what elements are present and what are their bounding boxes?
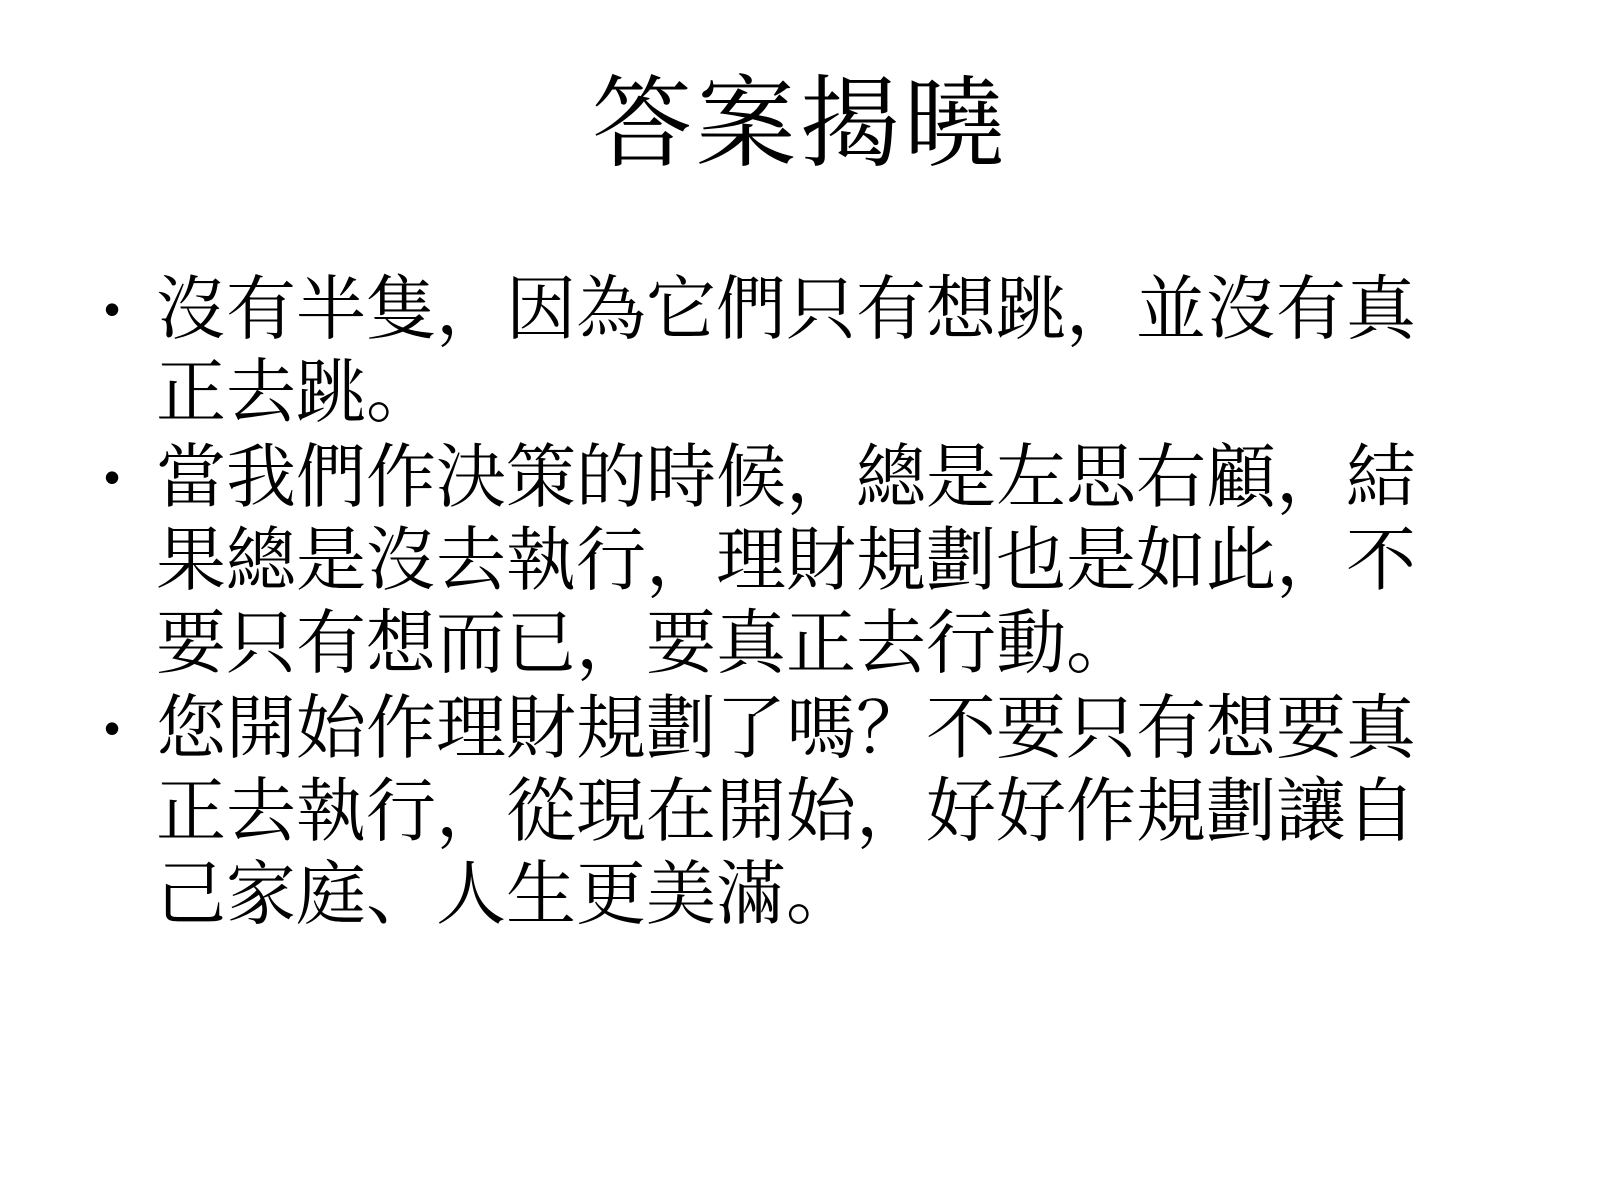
slide-title: 答案揭曉: [0, 0, 1600, 187]
bullet-text: 沒有半隻，因為它們只有想跳，並沒有真正去跳。: [156, 268, 1443, 434]
bullet-item-2: • 當我們作決策的時候，總是左思右顧，結果總是沒去執行，理財規劃也是如此，不要只…: [98, 436, 1443, 685]
bullet-text: 當我們作決策的時候，總是左思右顧，結果總是沒去執行，理財規劃也是如此，不要只有想…: [156, 436, 1443, 685]
bullet-marker: •: [98, 436, 156, 519]
slide-body: • 沒有半隻，因為它們只有想跳，並沒有真正去跳。 • 當我們作決策的時候，總是左…: [98, 268, 1443, 938]
presentation-slide: 答案揭曉 • 沒有半隻，因為它們只有想跳，並沒有真正去跳。 • 當我們作決策的時…: [0, 0, 1600, 1200]
bullet-item-1: • 沒有半隻，因為它們只有想跳，並沒有真正去跳。: [98, 268, 1443, 434]
bullet-marker: •: [98, 268, 156, 351]
bullet-item-3: • 您開始作理財規劃了嗎？不要只有想要真正去執行，從現在開始，好好作規劃讓自己家…: [98, 687, 1443, 936]
bullet-marker: •: [98, 687, 156, 770]
bullet-text: 您開始作理財規劃了嗎？不要只有想要真正去執行，從現在開始，好好作規劃讓自己家庭、…: [156, 687, 1443, 936]
